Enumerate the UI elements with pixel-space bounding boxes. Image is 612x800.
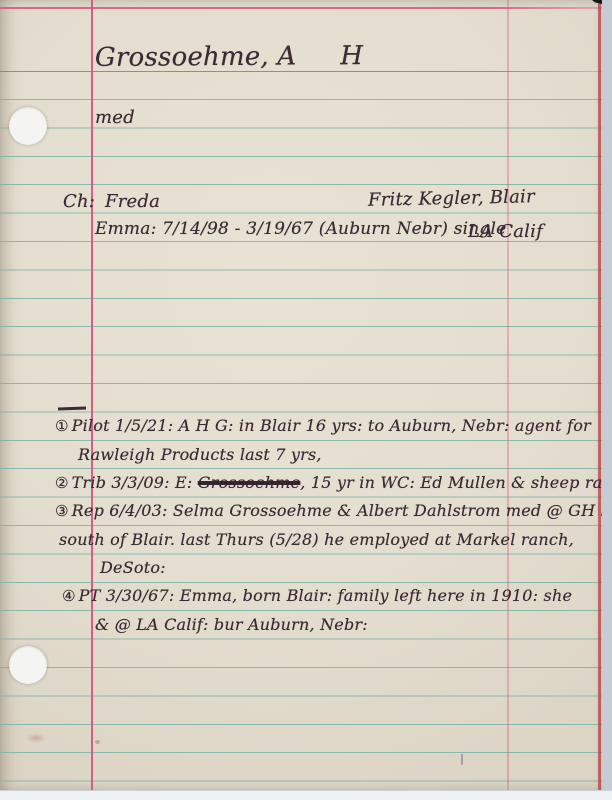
note-2-number: ② [55,474,69,492]
note-4-line-1: ④PT 3/30/67: Emma, born Blair: family le… [62,586,572,605]
note-3-text: Rep 6/4/03: Selma Grossoehme & Albert Da… [72,501,612,520]
note-2-struck-text: Grossoehme [198,473,301,492]
residence-line: LA Calif [468,221,543,242]
paper-speck [95,740,100,744]
paper-stain [26,733,46,743]
child-name: Freda [105,191,160,212]
title-initial: H [340,41,363,71]
surname-given-name: Grossoehme, A [95,42,296,73]
note-3-line-1: ③Rep 6/4/03: Selma Grossoehme & Albert D… [55,501,612,520]
page-right-edge-line [598,0,601,790]
spouse-line: Fritz Kegler, Blair [368,186,535,210]
scan-edge-bottom [0,790,612,800]
note-4-number: ④ [62,587,76,605]
note-3-line-2: south of Blair. last Thurs (5/28) he emp… [59,530,574,549]
note-2-text-post: , 15 yr in WC: Ed Mullen & sheep ranchin… [300,473,612,492]
scan-edge-right [602,0,612,790]
note-1-number: ① [55,417,69,435]
children-label: Ch: [63,191,95,212]
notebook-paper: Grossoehme, AH med Ch:Freda Fritz Kegler… [0,0,602,790]
children-line: Ch:Freda [63,191,160,212]
note-2-line-1: ②Trib 3/3/09: E: Grossoehme, 15 yr in WC… [55,473,612,492]
hole-punch-top [9,107,47,145]
hole-punch-bottom [9,646,47,684]
note-1-line-2: Rawleigh Products last 7 yrs, [78,445,322,464]
note-1-line-1: ①Pilot 1/5/21: A H G: in Blair 16 yrs: t… [55,416,591,435]
note-3-line-3: DeSoto: [100,558,166,577]
note-1-text: Pilot 1/5/21: A H G: in Blair 16 yrs: to… [72,416,591,435]
note-3-number: ③ [55,502,69,520]
page-title: Grossoehme, AH [95,41,363,73]
emma-dates-line: Emma: 7/14/98 - 3/19/67 (Auburn Nebr) si… [95,219,506,239]
right-margin-line [507,0,509,790]
status-note: med [95,107,135,128]
left-margin-line [91,0,93,790]
note-4-line-2: & @ LA Calif: bur Auburn, Nebr: [95,615,368,634]
note-2-text-pre: Trib 3/3/09: E: [72,473,198,492]
note-4-text: PT 3/30/67: Emma, born Blair: family lef… [79,586,572,605]
pencil-mark [461,754,463,765]
